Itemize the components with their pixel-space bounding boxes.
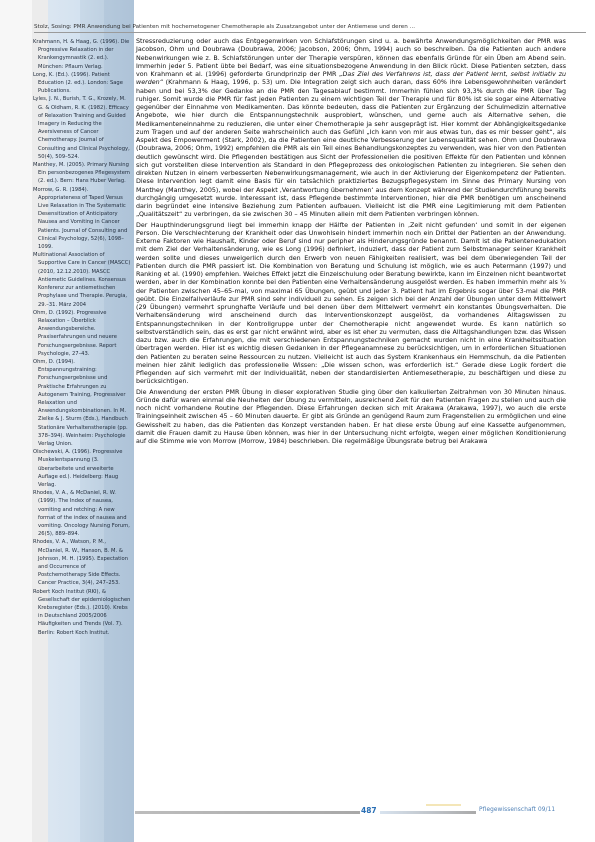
body-text: Stressreduzierung oder auch das Entgegen…: [136, 38, 566, 448]
footer-accent: [426, 804, 461, 806]
reference-item: Lyles, J. N., Burish, T. G., Krozely, M.…: [33, 95, 131, 161]
paragraph-text: Der Haupthinderungsgrund liegt bei immer…: [136, 222, 566, 386]
page-header: Stolz, Sosing: PMR Anwendung bei Patient…: [0, 0, 595, 36]
paragraph-text: Die Anwendung der ersten PMR Übung in di…: [136, 389, 566, 446]
reference-item: Robert Koch Institut (RKI), & Gesellscha…: [33, 588, 131, 637]
footer-rule: [380, 811, 476, 814]
journal-issue: Pflegewissenschaft 09/11: [479, 807, 555, 813]
reference-item: Rhodes, V. A., Watson, P. M., McDaniel, …: [33, 538, 131, 587]
reference-item: Morrow, G. R. (1984). Appropriateness of…: [33, 186, 131, 252]
reference-item: Olschewski, A. (1996). Progressive Muske…: [33, 448, 131, 489]
reference-item: Krahmann, H. & Haag, G. (1996). Die Prog…: [33, 38, 131, 71]
reference-item: Ohm, D. (1992). Progressive Relaxation –…: [33, 309, 131, 358]
footer-rule: [135, 811, 360, 814]
page-footer: 487 Pflegewissenschaft 09/11: [0, 804, 595, 824]
reference-list: Krahmann, H. & Haag, G. (1996). Die Prog…: [33, 38, 131, 637]
body-paragraph: Stressreduzierung oder auch das Entgegen…: [136, 38, 566, 220]
body-paragraph: Der Haupthinderungsgrund liegt bei immer…: [136, 222, 566, 387]
reference-item: Rhodes, V. A., & McDaniel, R. W. (1999).…: [33, 489, 131, 538]
reference-item: Multinational Association of Supportive …: [33, 251, 131, 308]
reference-item: Ohm, D. (1994). Entspannungstraining: Fo…: [33, 358, 131, 448]
body-paragraph: Die Anwendung der ersten PMR Übung in di…: [136, 389, 566, 447]
page-number: 487: [361, 806, 377, 815]
running-title: Stolz, Sosing: PMR Anwendung bei Patient…: [34, 24, 586, 33]
reference-item: Manthey, M. (2005). Primary Nursing Ein …: [33, 161, 131, 186]
reference-item: Long, K. (Ed.). (1996). Patient Educatio…: [33, 71, 131, 96]
paragraph-text: (Krahmann & Haag, 1996, p. 53) um. Die I…: [136, 79, 566, 218]
